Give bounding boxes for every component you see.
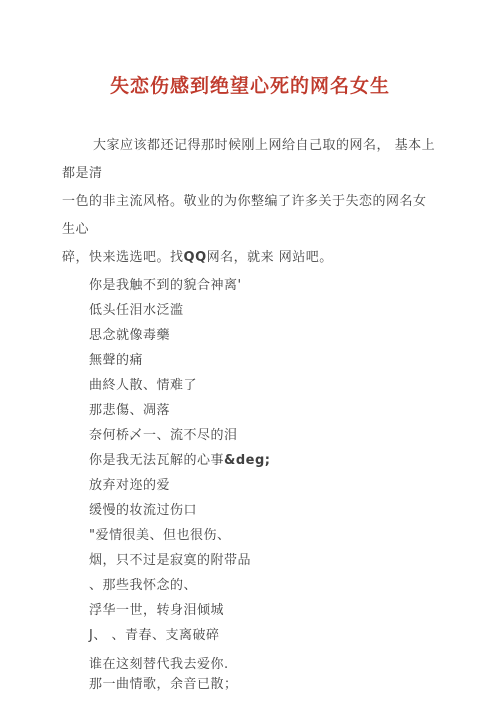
name-item-11: "爱情很美、但也很伤、 bbox=[89, 523, 438, 548]
name-item-5: 曲終人散、情难了 bbox=[89, 373, 438, 398]
intro-line-1: 大家应该都还记得那时候刚上网给自己取的网名， 基本上都是清 bbox=[62, 132, 438, 188]
name-item-2: 低头任泪水泛滥 bbox=[89, 298, 438, 323]
name-item-3: 思念就像毒藥 bbox=[89, 323, 438, 348]
name-item-8: 你是我无法瓦解的心事&deg; bbox=[89, 448, 438, 473]
name-item-4-text: 無聲的痛 bbox=[89, 353, 143, 368]
name-item-14: 浮华一世，转身泪倾城 bbox=[89, 598, 438, 623]
name-item-3-text: 思念就像毒藥 bbox=[89, 328, 170, 343]
name-item-12: 烟，只不过是寂寞的附带品 bbox=[89, 548, 438, 573]
name-item-17: 那一曲情歌，余音已散； bbox=[89, 675, 438, 695]
name-item-4: 無聲的痛 bbox=[89, 348, 438, 373]
name-item-8-text: 你是我无法瓦解的心事 bbox=[89, 453, 224, 468]
intro-line-2: 一色的非主流风格。敬业的为你整编了许多关于失恋的网名女生心 bbox=[62, 188, 438, 244]
page-title: 失恋伤感到绝望心死的网名女生 bbox=[62, 74, 438, 98]
name-item-15-text: J、 、青春、支离破碎 bbox=[89, 628, 219, 643]
name-item-16-text: 谁在这刻替代我去爱你. bbox=[89, 657, 229, 672]
name-item-13: 、那些我怀念的、 bbox=[89, 573, 438, 598]
name-item-10: 缓慢的妆流过伤口 bbox=[89, 498, 438, 523]
name-item-6: 那悲傷、凋落 bbox=[89, 398, 438, 423]
name-item-7: 奈何桥乄一、流不尽的泪 bbox=[89, 423, 438, 448]
name-item-9: 放弃对迩的爱 bbox=[89, 473, 438, 498]
name-item-10-text: 缓慢的妆流过伤口 bbox=[89, 503, 197, 518]
intro-paragraph: 大家应该都还记得那时候刚上网给自己取的网名， 基本上都是清 一色的非主流风格。敬… bbox=[62, 132, 438, 272]
name-item-6-text: 那悲傷、凋落 bbox=[89, 403, 170, 418]
name-item-1-text: 你是我触不到的貌合神离' bbox=[89, 278, 242, 293]
name-item-9-text: 放弃对迩的爱 bbox=[89, 478, 170, 493]
name-item-1: 你是我触不到的貌合神离' bbox=[89, 273, 438, 298]
name-item-8-bold: &deg; bbox=[224, 453, 270, 468]
name-item-2-text: 低头任泪水泛滥 bbox=[89, 303, 184, 318]
name-item-5-text: 曲終人散、情难了 bbox=[89, 378, 197, 393]
name-item-17-text: 那一曲情歌，余音已散； bbox=[89, 677, 238, 692]
name-item-15: J、 、青春、支离破碎 bbox=[89, 623, 438, 648]
name-list: 你是我触不到的貌合神离' 低头任泪水泛滥 思念就像毒藥 無聲的痛 曲終人散、情难… bbox=[89, 273, 438, 695]
name-item-12-text: 烟，只不过是寂寞的附带品 bbox=[89, 553, 251, 568]
name-item-16: 谁在这刻替代我去爱你. bbox=[89, 655, 438, 675]
name-item-13-text: 、那些我怀念的、 bbox=[89, 578, 197, 593]
name-item-7-text: 奈何桥乄一、流不尽的泪 bbox=[89, 428, 238, 443]
name-item-14-text: 浮华一世，转身泪倾城 bbox=[89, 603, 224, 618]
document-page: 失恋伤感到绝望心死的网名女生 大家应该都还记得那时候刚上网给自己取的网名， 基本… bbox=[0, 0, 500, 708]
intro-line-3: 碎，快来选选吧。找QQ网名，就来 网站吧。 bbox=[62, 244, 438, 272]
name-item-11-text: "爱情很美、但也很伤、 bbox=[89, 528, 230, 543]
intro-line-3-bold: QQ bbox=[184, 250, 207, 265]
intro-line-3-post: 网名，就来 网站吧。 bbox=[207, 250, 333, 265]
intro-line-3-pre: 碎，快来选选吧。找 bbox=[62, 250, 184, 265]
